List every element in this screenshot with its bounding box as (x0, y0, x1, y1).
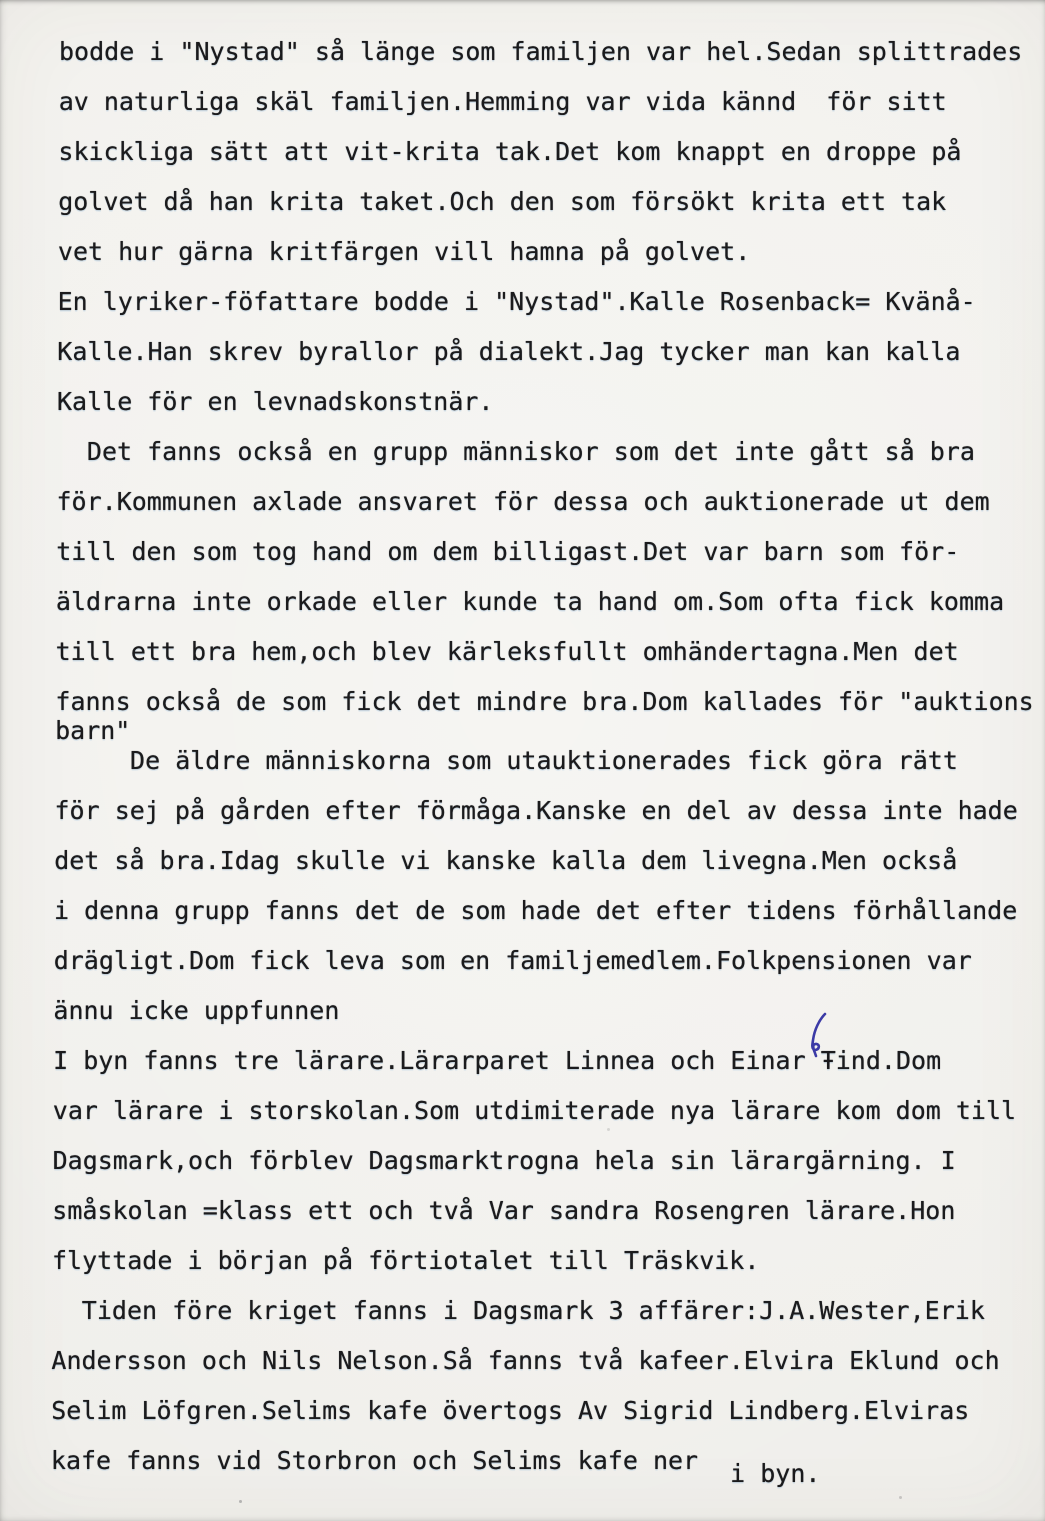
typescript-line: Tiden före kriget fanns i Dagsmark 3 aff… (52, 1296, 985, 1326)
typescript-line: De äldre människorna som utauktionerades… (55, 746, 958, 776)
typescript-line: till ett bra hem,och blev kärleksfullt o… (56, 637, 959, 667)
typescript-line-tail: i byn. (730, 1459, 820, 1488)
typescript-line: ännu icke uppfunnen (53, 996, 339, 1026)
typescript-line: Det fanns också en grupp människor som d… (57, 437, 975, 467)
typescript-line: fanns också de som fick det mindre bra.D… (55, 687, 1033, 717)
typescript-line: Kalle för en levnadskonstnär. (57, 387, 494, 417)
typescript-line: Selim Löfgren.Selims kafe övertogs Av Si… (51, 1396, 969, 1426)
typescript-line: till den som tog hand om dem billigast.D… (56, 537, 959, 567)
typescript-line: skickliga sätt att vit-krita tak.Det kom… (58, 137, 961, 167)
typescript-line: En lyriker-föfattare bodde i "Nystad".Ka… (58, 287, 976, 317)
typewritten-page: bodde i "Nystad" så länge som familjen v… (0, 0, 1045, 1521)
scan-speck (239, 1500, 242, 1503)
typescript-line: Dagsmark,och förblev Dagsmarktrogna hela… (53, 1146, 956, 1176)
typescript-line: för.Kommunen axlade ansvaret för dessa o… (57, 487, 990, 517)
typescript-line: för sej på gården efter förmåga.Kanske e… (55, 796, 1018, 826)
scan-speck (607, 1128, 610, 1131)
typescript-line: det så bra.Idag skulle vi kanske kalla d… (54, 846, 957, 876)
typescript-line: flyttade i början på förtiotalet till Tr… (52, 1246, 759, 1276)
typescript-line: drägligt.Dom fick leva som en familjemed… (54, 946, 972, 976)
typescript-line: golvet då han krita taket.Och den som fö… (58, 187, 946, 217)
typescript-line: av naturliga skäl familjen.Hemming var v… (59, 87, 947, 117)
typescript-line: var lärare i storskolan.Som utdimiterade… (53, 1096, 1016, 1126)
typescript-line: småskolan =klass ett och två Var sandra … (52, 1196, 955, 1226)
typescript-line: barn" (55, 716, 130, 746)
typescript-line: Kalle.Han skrev byrallor på dialekt.Jag … (57, 337, 960, 367)
scan-speck (899, 1496, 902, 1499)
typescript-line: vet hur gärna kritfärgen vill hamna på g… (58, 237, 750, 267)
typescript-line: äldrarna inte orkade eller kunde ta hand… (56, 587, 1004, 617)
typescript-line: Andersson och Nils Nelson.Så fanns två k… (51, 1346, 999, 1376)
typescript-line: kafe fanns vid Storbron och Selims kafe … (51, 1446, 821, 1476)
typescript-line: I byn fanns tre lärare.Lärarparet Linnea… (53, 1046, 941, 1076)
typescript-line: i denna grupp fanns det de som hade det … (54, 896, 1017, 926)
typescript-line: bodde i "Nystad" så länge som familjen v… (59, 37, 1022, 67)
